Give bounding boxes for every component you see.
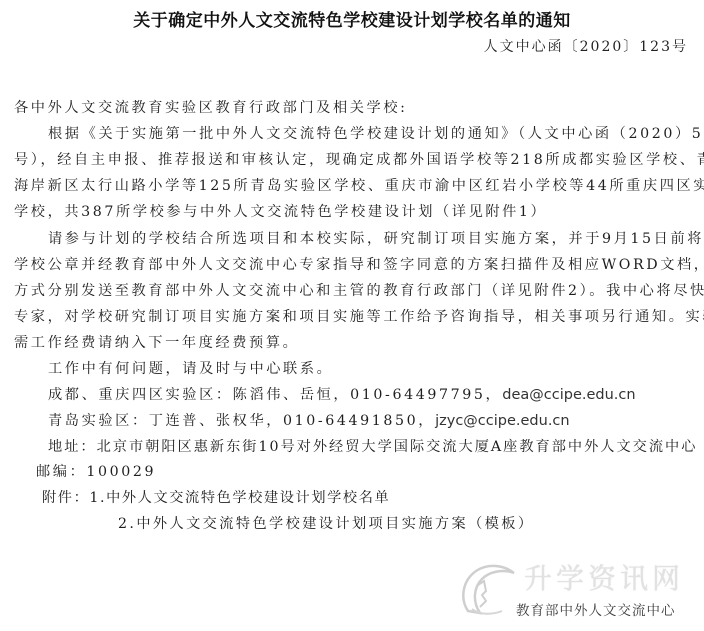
paragraph-1-line-3: 海岸新区太行山路小学等125所青岛实验区学校、重庆市渝中区红岩小学校等44所重庆… xyxy=(14,176,704,196)
contact-intro: 工作中有何问题，请及时与中心联系。 xyxy=(48,359,333,379)
signature: 教育部中外人文交流中心 xyxy=(516,599,676,619)
watermark: 升学资讯网 教育部中外人文交流中心 xyxy=(458,557,698,621)
paragraph-2-line-1: 请参与计划的学校结合所选项目和本校实际，研究制订项目实施方案，并于9月15日前将… xyxy=(48,229,704,249)
paragraph-2-line-5: 需工作经费请纳入下一年度经费预算。 xyxy=(14,333,299,353)
attachment-2: 2.中外人文交流特色学校建设计划项目实施方案（模板） xyxy=(118,514,534,534)
contact-text: 成都、重庆四区实验区：陈滔伟、岳恒，010-64497795， xyxy=(48,387,502,403)
contact-qingdao: 青岛实验区：丁连普、张权华，010-64491850，jzyc@ccipe.ed… xyxy=(48,411,570,431)
paragraph-2-line-3: 方式分别发送至教育部中外人文交流中心和主管的教育行政部门（详见附件2）。我中心将… xyxy=(14,281,704,301)
document-number: 人文中心函〔2020〕123号 xyxy=(484,36,688,56)
paragraph-1-line-1: 根据《关于实施第一批中外人文交流特色学校建设计划的通知》（人文中心函（2020）… xyxy=(48,124,704,144)
head-profile-logo-icon xyxy=(458,561,520,617)
contact-email-link[interactable]: jzyc@ccipe.edu.cn xyxy=(435,413,570,429)
paragraph-1-line-2: 号），经自主申报、推荐报送和审核认定，现确定成都外国语学校等218所成都实验区学… xyxy=(14,150,704,170)
attachment-1: 附件：1.中外人文交流特色学校建设计划学校名单 xyxy=(42,488,390,508)
salutation: 各中外人文交流教育实验区教育行政部门及相关学校: xyxy=(14,98,408,118)
paragraph-2-line-4: 专家，对学校研究制订项目实施方案和项目实施等工作给予咨询指导，相关事项另行通知。… xyxy=(14,307,704,327)
contact-text: 青岛实验区：丁连普、张权华，010-64491850， xyxy=(48,413,435,429)
watermark-site-name: 升学资讯网 xyxy=(524,557,684,597)
notice-title: 关于确定中外人文交流特色学校建设计划学校名单的通知 xyxy=(0,6,704,31)
postcode: 邮编：100029 xyxy=(36,462,156,482)
paragraph-1-line-4: 学校，共387所学校参与中外人文交流特色学校建设计划（详见附件1） xyxy=(14,202,547,222)
paragraph-2-line-2: 学校公章并经教育部中外人文交流中心专家指导和签字同意的方案扫描件及相应WORD文… xyxy=(14,255,704,275)
address: 地址：北京市朝阳区惠新东街10号对外经贸大学国际交流大厦A座教育部中外人文交流中… xyxy=(48,437,697,457)
contact-chengdu-chongqing: 成都、重庆四区实验区：陈滔伟、岳恒，010-64497795，dea@ccipe… xyxy=(48,385,636,405)
contact-email-link[interactable]: dea@ccipe.edu.cn xyxy=(502,387,635,403)
